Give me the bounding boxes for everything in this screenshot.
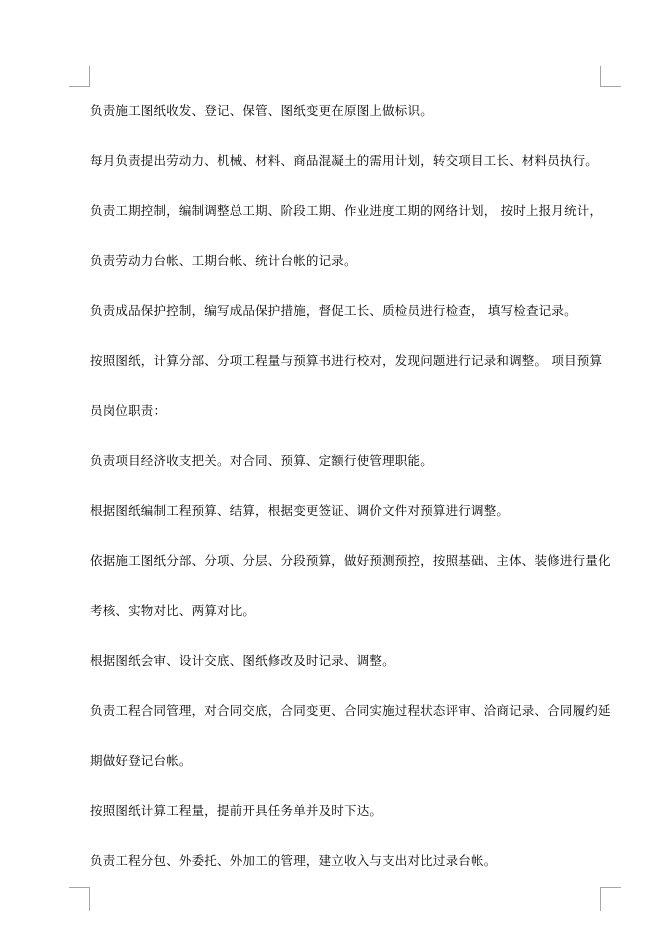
text-line: 每月负责提出劳动力、机械、材料、商品混凝土的需用计划，转交项目工长、材料员执行。: [90, 153, 610, 169]
text-line: 考核、实物对比、两算对比。: [90, 603, 610, 619]
text-line: 负责项目经济收支把关。对合同、预算、定额行使管理职能。: [90, 453, 610, 469]
text-line: 期做好登记台帐。: [90, 753, 610, 769]
margin-corner-top-left: [69, 66, 90, 87]
text-line: 员岗位职责：: [90, 403, 610, 419]
text-line: 根据图纸会审、设计交底、图纸修改及时记录、调整。: [90, 653, 610, 669]
margin-corner-bottom-left: [69, 887, 90, 911]
margin-corner-top-right: [600, 66, 621, 87]
text-line: 依据施工图纸分部、分项、分层、分段预算，做好预测预控，按照基础、主体、装修进行量…: [90, 553, 610, 569]
text-line: 负责劳动力台帐、工期台帐、统计台帐的记录。: [90, 253, 610, 269]
text-line: 根据图纸编制工程预算、结算，根据变更签证、调价文件对预算进行调整。: [90, 503, 610, 519]
text-line: 负责工程分包、外委托、外加工的管理，建立收入与支出对比过录台帐。: [90, 853, 610, 869]
text-line: 负责成品保护控制，编写成品保护措施，督促工长、质检员进行检查， 填写检查记录。: [90, 303, 610, 319]
text-line: 负责工期控制，编制调整总工期、阶段工期、作业进度工期的网络计划， 按时上报月统计…: [90, 203, 610, 219]
margin-corner-bottom-right: [600, 887, 621, 911]
text-line: 按照图纸，计算分部、分项工程量与预算书进行校对，发现问题进行记录和调整。 项目预…: [90, 353, 610, 369]
text-line: 按照图纸计算工程量，提前开具任务单并及时下达。: [90, 803, 610, 819]
document-page: 负责施工图纸收发、登记、保管、图纸变更在原图上做标识。 每月负责提出劳动力、机械…: [0, 0, 671, 934]
text-line: 负责施工图纸收发、登记、保管、图纸变更在原图上做标识。: [90, 103, 610, 119]
text-line: 负责工程合同管理，对合同交底，合同变更、合同实施过程状态评审、洽商记录、合同履约…: [90, 703, 610, 719]
